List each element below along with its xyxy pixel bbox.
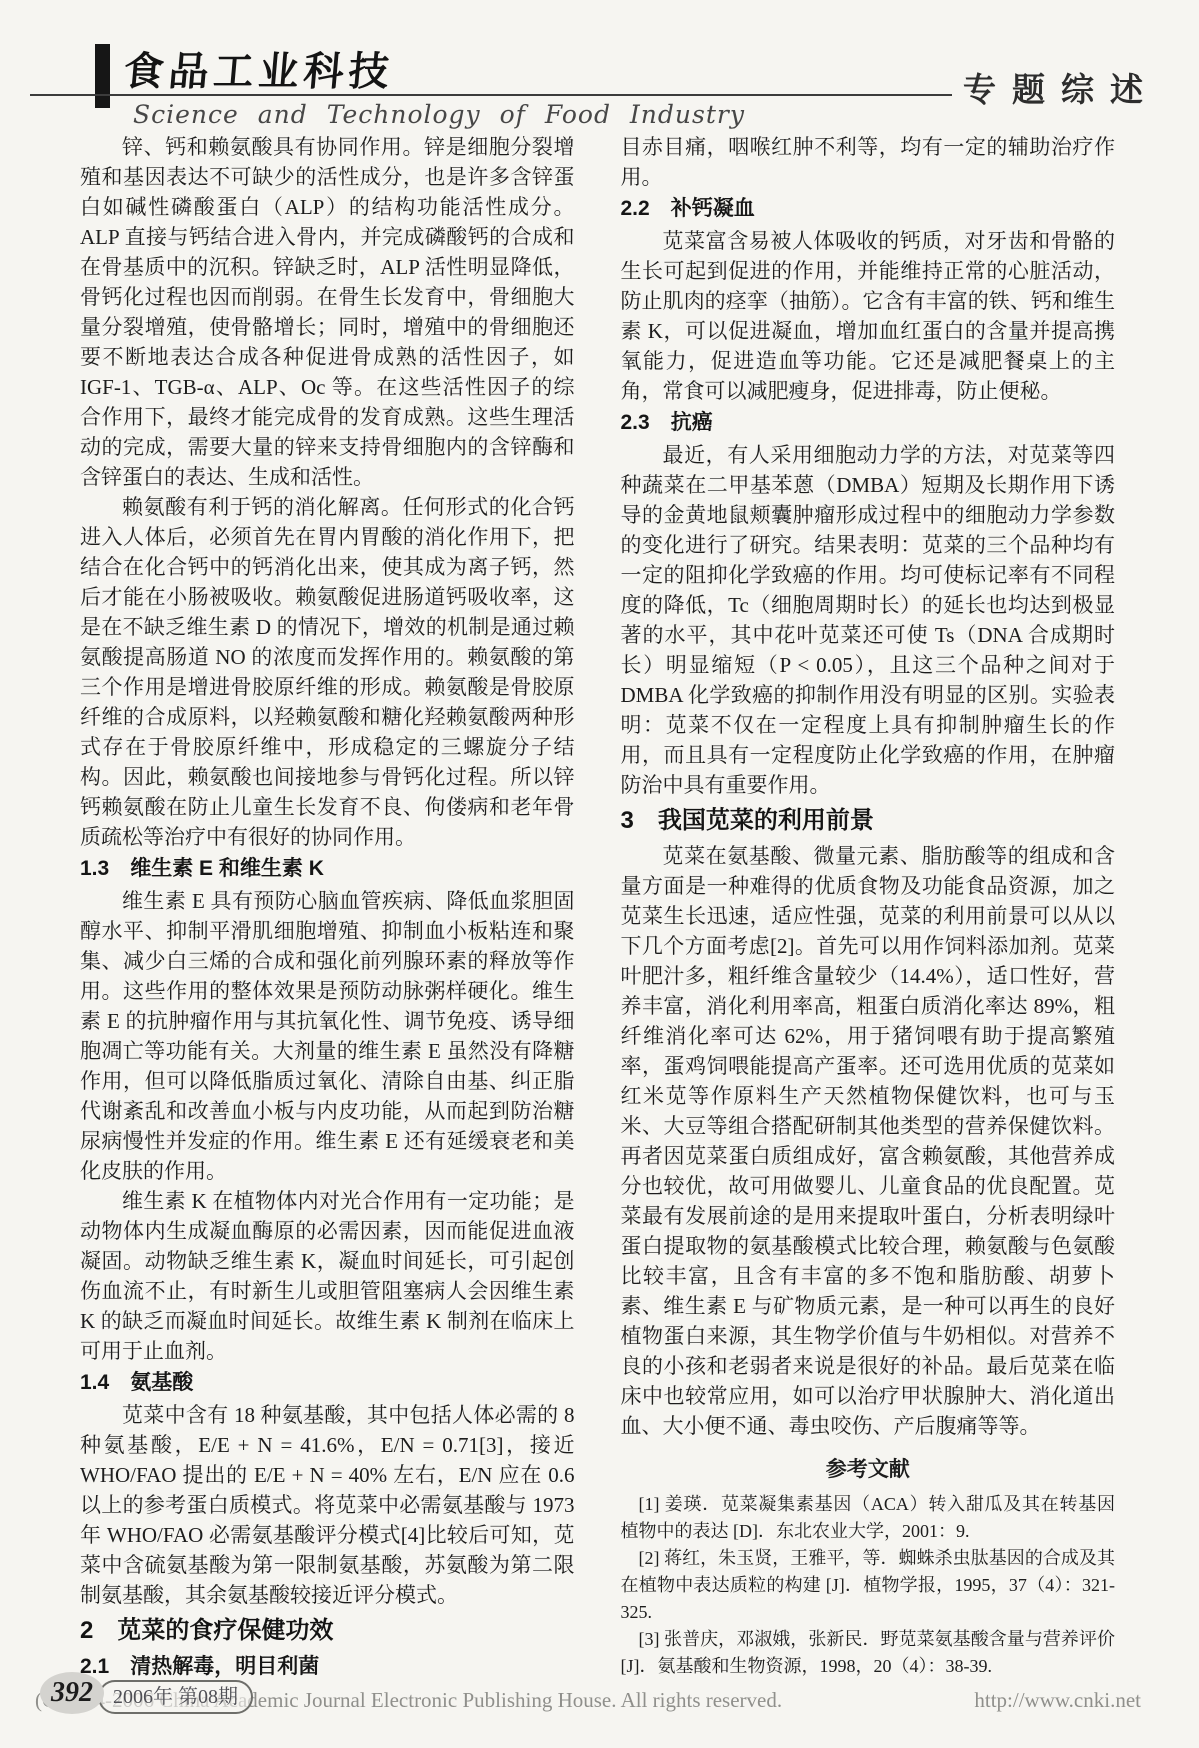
heading-1-4-amino-acids: 1.4 氨基酸 <box>80 1367 575 1399</box>
reference-item-2: [2] 蒋红，朱玉贤，王雅平，等．蜘蛛杀虫肽基因的合成及其在植物中表达质粒的构建… <box>621 1545 1116 1626</box>
paragraph-heat-clearing-continued: 目赤目痛，咽喉红肿不利等，均有一定的辅助治疗作用。 <box>621 132 1116 192</box>
header-rule <box>30 94 952 96</box>
journal-subtitle: Science and Technology of Food Industry <box>133 100 745 129</box>
journal-logo: 食品工业科技 <box>122 40 397 97</box>
references-heading: 参考文献 <box>621 1453 1116 1483</box>
paragraph-vitamin-k: 维生素 K 在植物体内对光合作用有一定功能；是动物体内生成凝血酶原的必需因素，因… <box>80 1186 575 1366</box>
page-header: 食品工业科技 Science and Technology of Food In… <box>0 40 1199 136</box>
column-section-label: 专题综述 <box>963 64 1159 111</box>
page-number: 392 <box>40 1672 104 1714</box>
heading-1-3-vitamin-e-k: 1.3 维生素 E 和维生素 K <box>80 853 575 885</box>
heading-2-2-calcium-coagulation: 2.2 补钙凝血 <box>621 193 1116 225</box>
article-body: 锌、钙和赖氨酸具有协同作用。锌是细胞分裂增殖和基因表达不可缺少的活性成分，也是许… <box>80 132 1115 1682</box>
paragraph-calcium-coagulation: 苋菜富含易被人体吸收的钙质，对牙齿和骨骼的生长可起到促进的作用，并能维持正常的心… <box>621 226 1116 406</box>
heading-2-3-anticancer: 2.3 抗癌 <box>621 407 1116 439</box>
heading-3-utilization-prospects: 3 我国苋菜的利用前景 <box>621 803 1116 839</box>
left-column: 锌、钙和赖氨酸具有协同作用。锌是细胞分裂增殖和基因表达不可缺少的活性成分，也是许… <box>80 132 575 1682</box>
paragraph-zinc-calcium-lysine: 锌、钙和赖氨酸具有协同作用。锌是细胞分裂增殖和基因表达不可缺少的活性成分，也是许… <box>80 132 575 492</box>
page-footer: (C)1994-2006 China Academic Journal Elec… <box>0 1668 1199 1738</box>
right-column: 目赤目痛，咽喉红肿不利等，均有一定的辅助治疗作用。 2.2 补钙凝血 苋菜富含易… <box>621 132 1116 1682</box>
paragraph-utilization-prospects: 苋菜在氨基酸、微量元素、脂肪酸等的组成和含量方面是一种难得的优质食物及功能食品资… <box>621 841 1116 1441</box>
journal-page: 食品工业科技 Science and Technology of Food In… <box>0 0 1199 1748</box>
paragraph-anticancer: 最近，有人采用细胞动力学的方法，对苋菜等四种蔬菜在二甲基苯蒽（DMBA）短期及长… <box>621 440 1116 800</box>
issue-stamp: 2006年 第08期 <box>98 1680 253 1714</box>
heading-2-dietary-health-functions: 2 苋菜的食疗保健功效 <box>80 1613 575 1649</box>
logo-accent-bar <box>95 44 110 108</box>
paragraph-vitamin-e: 维生素 E 具有预防心脑血管疾病、降低血浆胆固醇水平、抑制平滑肌细胞增殖、抑制血… <box>80 886 575 1186</box>
paragraph-amino-acids: 苋菜中含有 18 种氨基酸，其中包括人体必需的 8 种氨基酸，E/E + N =… <box>80 1400 575 1610</box>
paragraph-lysine-calcium: 赖氨酸有利于钙的消化解离。任何形式的化合钙进入人体后，必须首先在胃内胃酸的消化作… <box>80 492 575 852</box>
cnki-url: http://www.cnki.net <box>974 1688 1141 1713</box>
reference-item-1: [1] 姜瑛．苋菜凝集素基因（ACA）转入甜瓜及其在转基因植物中的表达 [D]．… <box>621 1491 1116 1545</box>
